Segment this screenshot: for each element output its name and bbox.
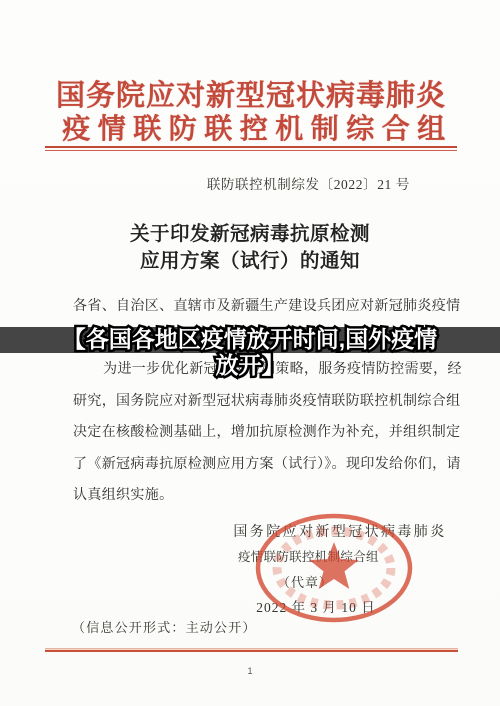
footer-red-rule <box>45 648 458 652</box>
letterhead-divider <box>45 146 457 151</box>
document-page: 国务院应对新型冠状病毒肺炎 疫情联防联控机制综合组 联防联控机制综发〔2022〕… <box>0 0 500 706</box>
body-line: 认真组织实施。 <box>73 480 459 512</box>
body-line: 了《新冠病毒抗原检测应用方案（试行）》。现印发给你们，请 <box>73 449 459 481</box>
salutation-line: 各省、自治区、直辖市及新疆生产建设兵团应对新冠肺炎疫情 <box>73 291 459 323</box>
body-line: 决定在核酸检测基础上，增加抗原检测作为补充，并组织制定 <box>73 417 459 449</box>
page-number: 1 <box>0 666 500 676</box>
document-body: 各省、自治区、直辖市及新疆生产建设兵团应对新冠肺炎疫情 联防联控机制（领导小组、… <box>73 291 459 512</box>
letterhead-line1: 国务院应对新型冠状病毒肺炎 <box>0 80 500 113</box>
document-number: 联防联控机制综发〔2022〕21 号 <box>207 173 410 193</box>
body-line: 研究，国务院应对新型冠状病毒肺炎疫情联防联控机制综合组 <box>73 386 459 418</box>
official-seal <box>251 510 417 626</box>
disclosure-note: （信息公开形式：主动公开） <box>72 617 257 636</box>
letterhead-line2: 疫情联防联控机制综合组 <box>0 113 500 145</box>
watermark-line2: 放开】 <box>0 352 500 378</box>
watermark-line1: 【各国各地区疫情放开时间,国外疫情 <box>0 326 500 352</box>
document-title-line2: 应用方案（试行）的通知 <box>0 248 500 275</box>
document-title-line1: 关于印发新冠病毒抗原检测 <box>0 221 500 248</box>
seal-star-icon <box>309 542 358 589</box>
